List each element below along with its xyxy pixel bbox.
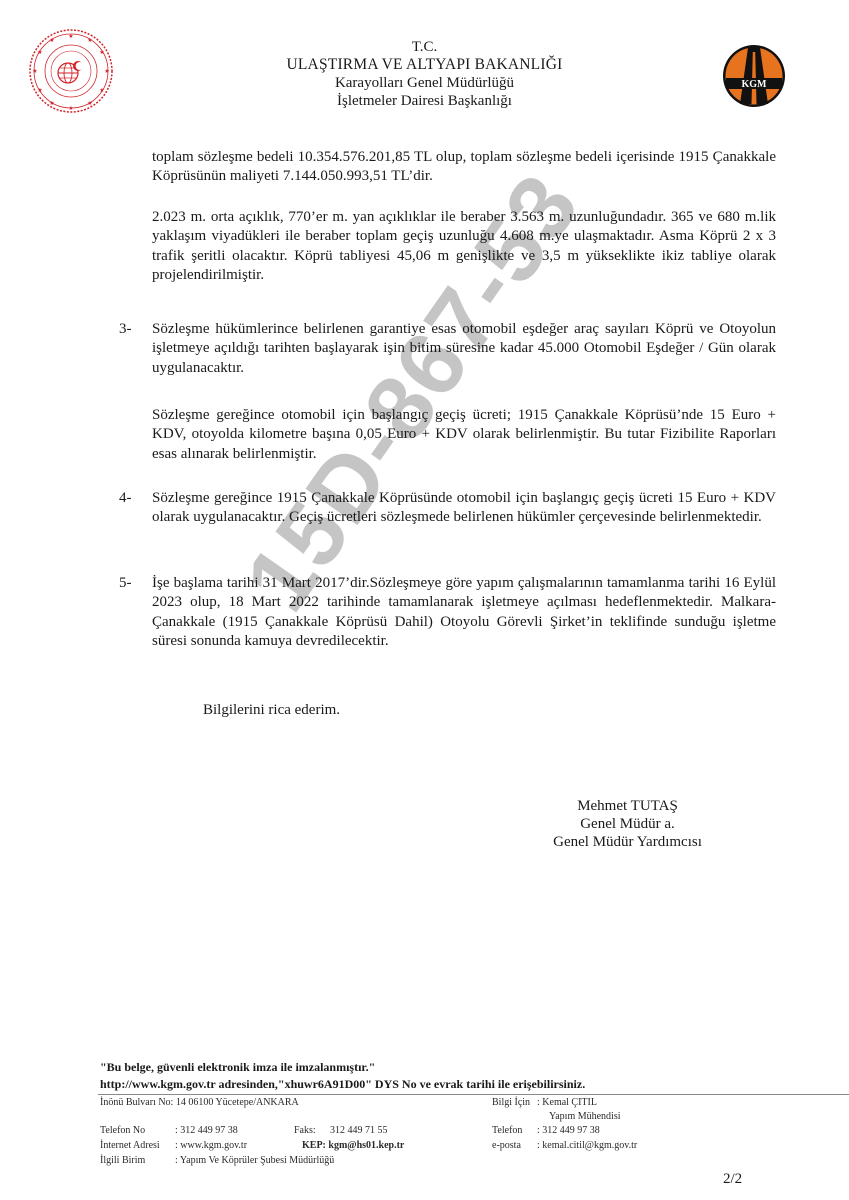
item-3-text: Sözleşme hükümlerince belirlenen garanti… — [152, 320, 776, 378]
footer-web-label: İnternet Adresi — [100, 1140, 160, 1152]
signer-name: Mehmet TUTAŞ — [520, 797, 735, 815]
paragraph-contract-cost: toplam sözleşme bedeli 10.354.576.201,85… — [152, 148, 776, 187]
page-number: 2/2 — [723, 1171, 742, 1188]
footer-web-link[interactable]: : www.kgm.gov.tr — [175, 1140, 247, 1152]
item-3-subtext: Sözleşme gereğince otomobil için başlang… — [152, 406, 776, 464]
footer-address: İnönü Bulvarı No: 14 06100 Yücetepe/ANKA… — [100, 1097, 299, 1109]
item-number-3: 3- — [119, 320, 132, 339]
item-number-5: 5- — [119, 574, 132, 593]
footer-info-phone-value: : 312 449 97 38 — [537, 1125, 600, 1137]
footer-kep-address[interactable]: KEP: kgm@hs01.kep.tr — [302, 1140, 404, 1152]
access-note: http://www.kgm.gov.tr adresinden,"xhuwr6… — [100, 1077, 585, 1091]
kgm-logo-icon: KGM — [722, 44, 786, 108]
item-4-text: Sözleşme gereğince 1915 Çanakkale Köprüs… — [152, 489, 776, 528]
item-5-text: İşe başlama tarihi 31 Mart 2017’dir.Sözl… — [152, 574, 776, 651]
footer-info-email-value[interactable]: : kemal.citil@kgm.gov.tr — [537, 1140, 637, 1152]
footer-info-label: Bilgi İçin — [492, 1097, 530, 1109]
footer-unit-label: İlgili Birim — [100, 1155, 145, 1167]
footer-phone-label: Telefon No — [100, 1125, 145, 1137]
signer-title-1: Genel Müdür a. — [520, 815, 735, 833]
esign-note: "Bu belge, güvenli elektronik imza ile i… — [100, 1060, 375, 1074]
footer-fax-label: Faks: — [294, 1125, 316, 1137]
footer-fax-value: 312 449 71 55 — [330, 1125, 388, 1137]
footer-info-email-label: e-posta — [492, 1140, 521, 1152]
footer-info-title: Yapım Mühendisi — [549, 1111, 621, 1123]
footer-info-phone-label: Telefon — [492, 1125, 522, 1137]
footer-unit-value: : Yapım Ve Köprüler Şubesi Müdürlüğü — [175, 1155, 334, 1167]
signature-block: Mehmet TUTAŞ Genel Müdür a. Genel Müdür … — [520, 797, 735, 851]
signer-title-2: Genel Müdür Yardımcısı — [520, 833, 735, 851]
footer-divider — [98, 1094, 849, 1095]
item-number-4: 4- — [119, 489, 132, 508]
paragraph-bridge-dimensions: 2.023 m. orta açıklık, 770’er m. yan açı… — [152, 208, 776, 285]
closing-line: Bilgilerini rica ederim. — [203, 702, 340, 719]
footer-info-name: : Kemal ÇITIL — [537, 1097, 597, 1109]
svg-text:KGM: KGM — [742, 79, 768, 90]
footer-phone-value: : 312 449 97 38 — [175, 1125, 238, 1137]
